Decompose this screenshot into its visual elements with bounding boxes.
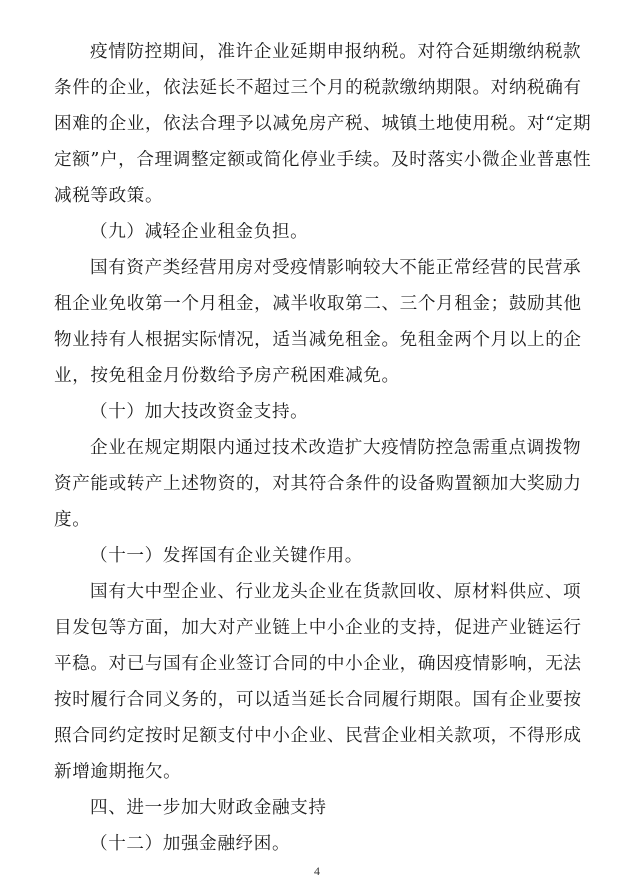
paragraph-line: 业，按免租金月份数给予房产税困难减免。 xyxy=(54,358,594,394)
paragraph-line: 度。 xyxy=(54,502,594,538)
paragraph-line: 按时履行合同义务的，可以适当延长合同履行期限。国有企业要按 xyxy=(54,682,594,718)
paragraph-line: 定额”户，合理调整定额或简化停业手续。及时落实小微企业普惠性 xyxy=(54,142,594,178)
section-heading-11: （十一）发挥国有企业关键作用。 xyxy=(90,538,594,574)
section-heading-10: （十）加大技改资金支持。 xyxy=(90,394,594,430)
paragraph-line: 国有大中型企业、行业龙头企业在货款回收、原材料供应、项 xyxy=(90,574,594,610)
chapter-heading-4: 四、进一步加大财政金融支持 xyxy=(90,790,594,826)
document-page: 疫情防控期间，准许企业延期申报纳税。对符合延期缴纳税款 条件的企业，依法延长不超… xyxy=(0,0,640,891)
section-heading-12: （十二）加强金融纾困。 xyxy=(90,826,594,862)
paragraph-line: 租企业免收第一个月租金，减半收取第二、三个月租金；鼓励其他 xyxy=(54,286,594,322)
paragraph-line: 资产能或转产上述物资的，对其符合条件的设备购置额加大奖励力 xyxy=(54,466,594,502)
paragraph-line: 减税等政策。 xyxy=(54,178,594,214)
section-heading-9: （九）减轻企业租金负担。 xyxy=(90,214,594,250)
paragraph-line: 困难的企业，依法合理予以减免房产税、城镇土地使用税。对“定期 xyxy=(54,106,594,142)
paragraph-line: 新增逾期拖欠。 xyxy=(54,754,594,790)
paragraph-line: 条件的企业，依法延长不超过三个月的税款缴纳期限。对纳税确有 xyxy=(54,70,594,106)
paragraph-line: 企业在规定期限内通过技术改造扩大疫情防控急需重点调拨物 xyxy=(90,430,594,466)
paragraph-line: 目发包等方面，加大对产业链上中小企业的支持，促进产业链运行 xyxy=(54,610,594,646)
paragraph-line: 照合同约定按时足额支付中小企业、民营企业相关款项，不得形成 xyxy=(54,718,594,754)
paragraph-line: 物业持有人根据实际情况，适当减免租金。免租金两个月以上的企 xyxy=(54,322,594,358)
page-number: 4 xyxy=(314,864,320,879)
paragraph-line: 疫情防控期间，准许企业延期申报纳税。对符合延期缴纳税款 xyxy=(90,34,594,70)
paragraph-line: 国有资产类经营用房对受疫情影响较大不能正常经营的民营承 xyxy=(90,250,594,286)
paragraph-line: 平稳。对已与国有企业签订合同的中小企业，确因疫情影响，无法 xyxy=(54,646,594,682)
